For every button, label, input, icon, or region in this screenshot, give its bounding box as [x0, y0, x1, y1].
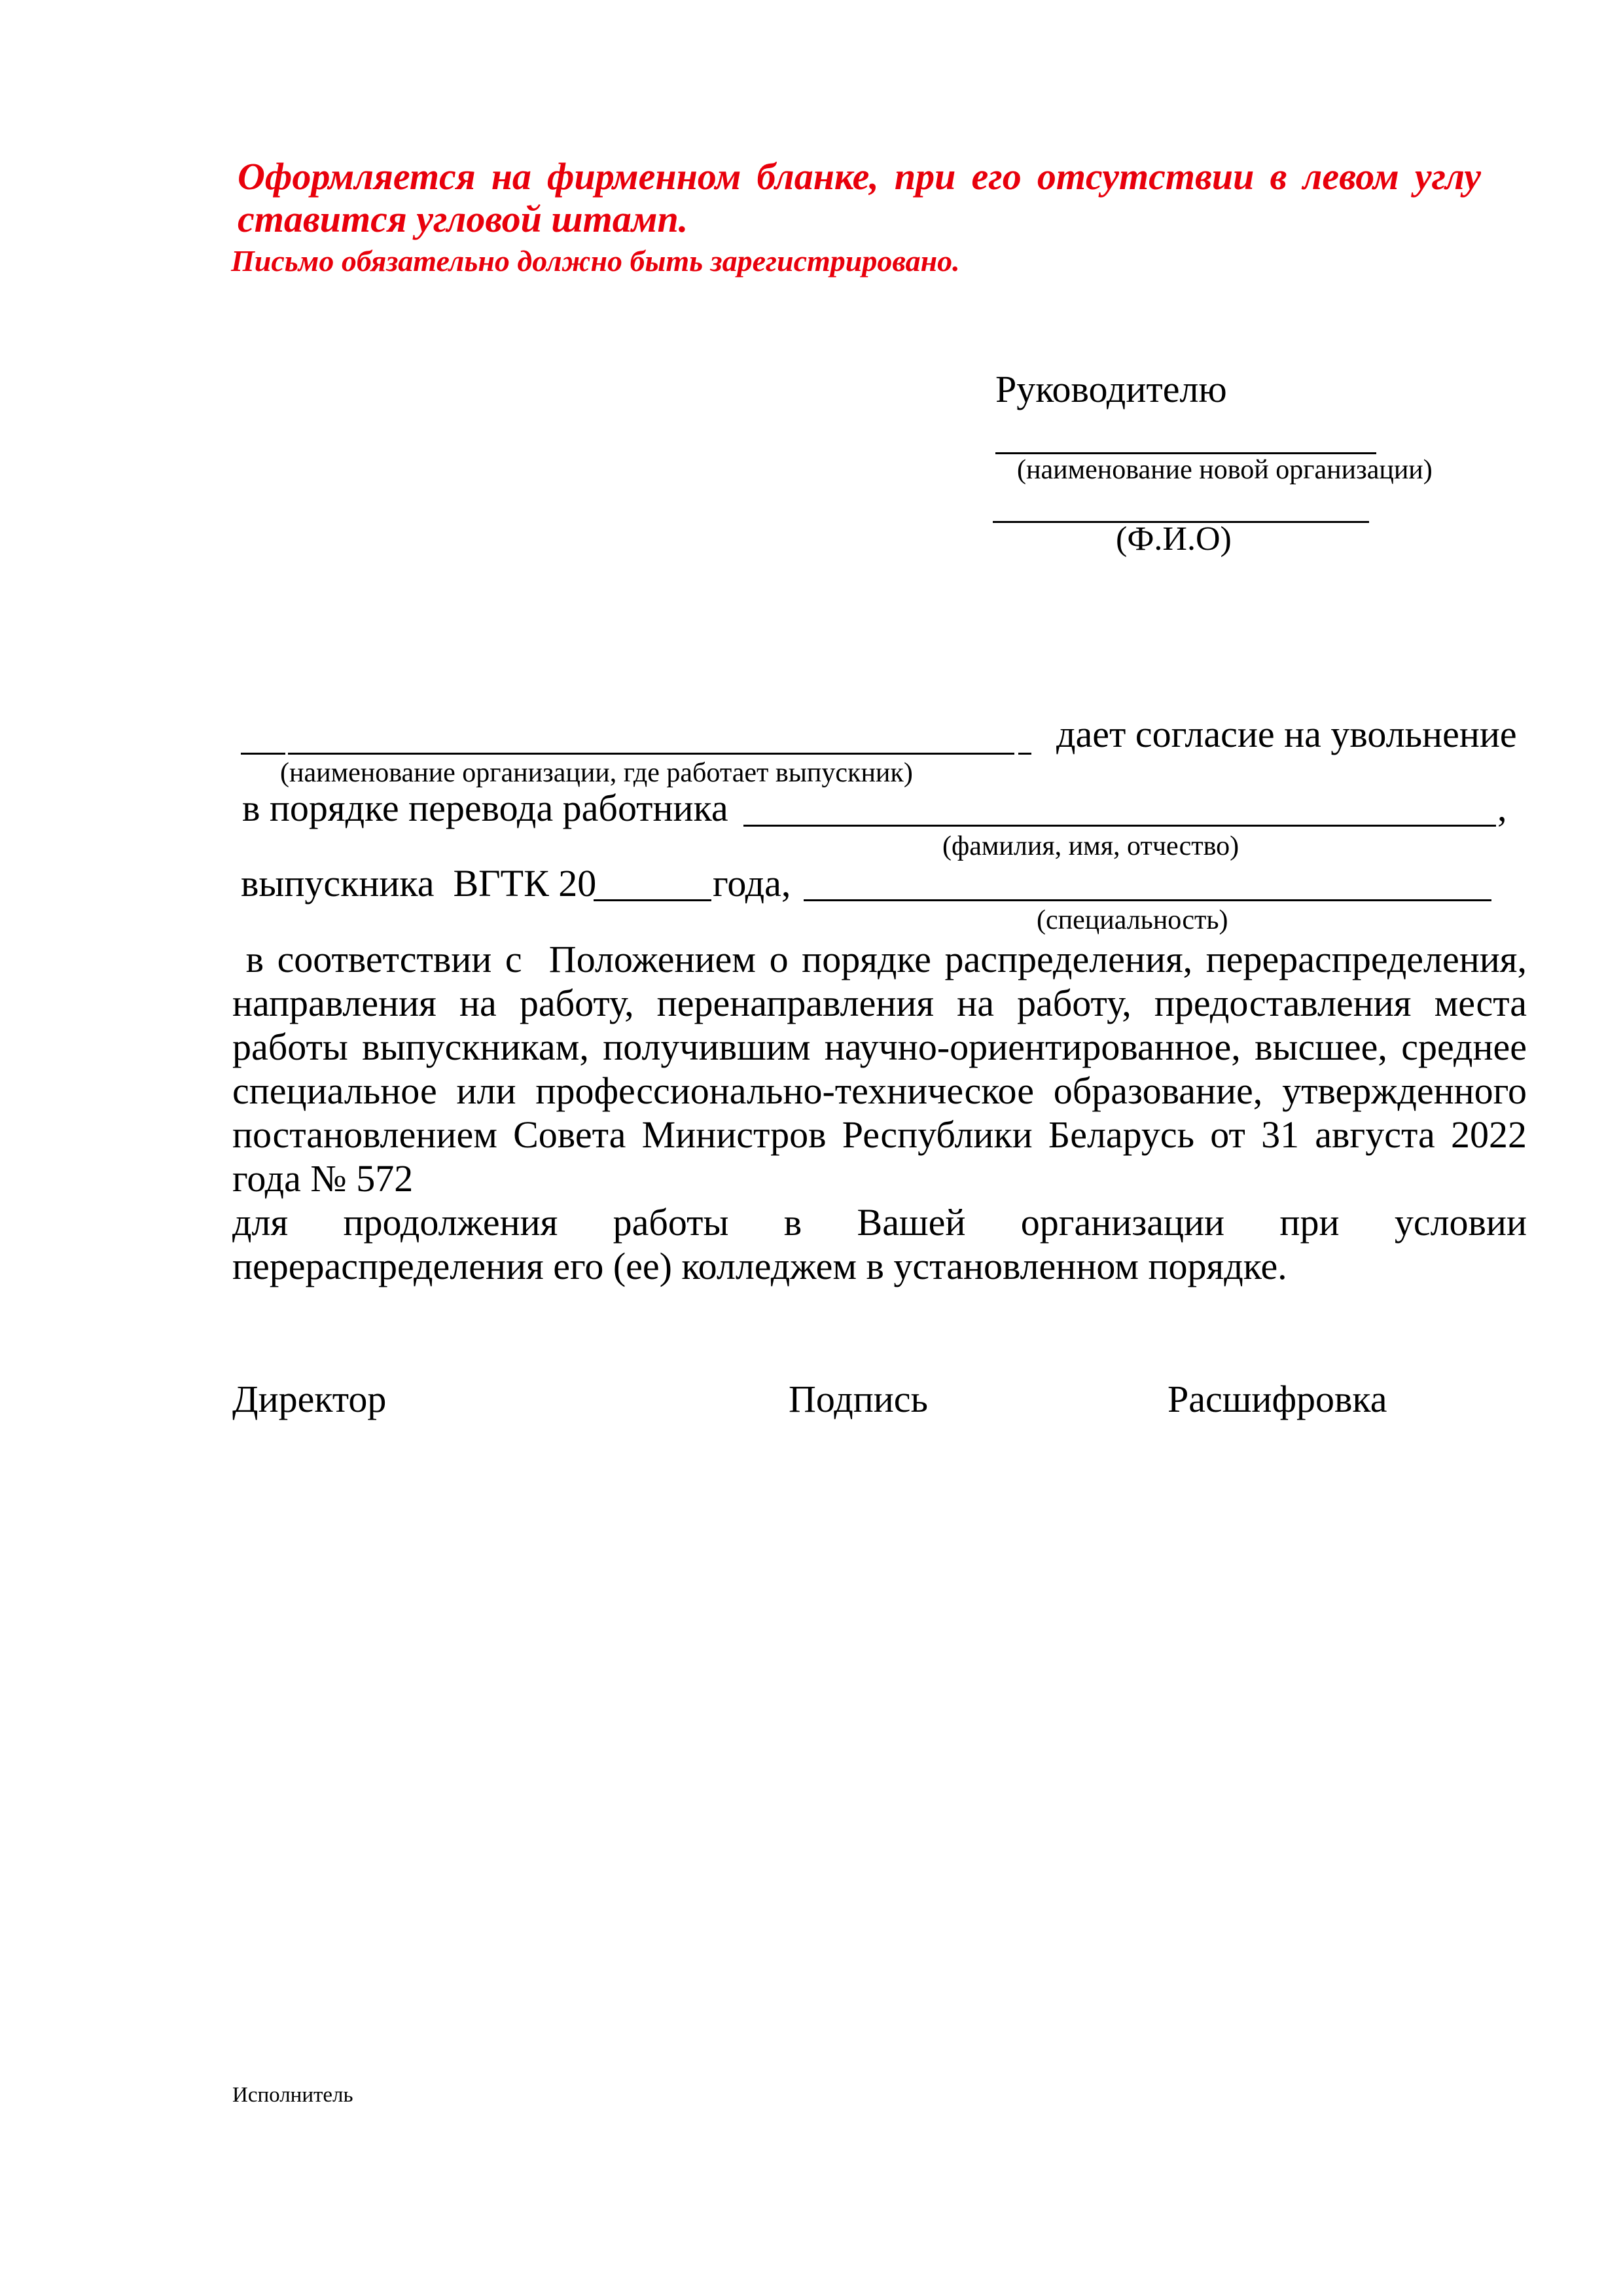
new-organization-caption: (наименование новой организации): [1017, 456, 1433, 484]
current-organization-field[interactable]: [288, 753, 1014, 755]
paragraph-line: для продолжения работы в Вашей организац…: [232, 1200, 1527, 1244]
signature-position: Директор: [232, 1380, 386, 1418]
specialty-caption: (специальность): [1037, 906, 1228, 934]
paragraph-line: направления на работу, перенаправления н…: [232, 981, 1527, 1025]
graduate-label: выпускника ВГТК 20: [241, 865, 596, 903]
specialty-field[interactable]: [804, 899, 1491, 901]
transfer-label: в порядке перевода работника: [242, 789, 728, 827]
current-organization-trailing-dash: [1018, 753, 1031, 755]
signature-decoding: Расшифровка: [1168, 1380, 1387, 1418]
employee-name-field[interactable]: [743, 825, 1496, 827]
consent-text: дает согласие на увольнение: [1056, 715, 1517, 753]
paragraph-line: в соответствии с Положением о порядке ра…: [232, 937, 1527, 981]
current-organization-caption: (наименование организации, где работает …: [280, 759, 913, 787]
signature-sign: Подпись: [789, 1380, 928, 1418]
regulation-paragraph: в соответствии с Положением о порядке ра…: [232, 937, 1527, 1288]
paragraph-line: перераспределения его (ее) колледжем в у…: [232, 1244, 1527, 1288]
instruction-line-1: Оформляется на фирменном бланке, при его…: [238, 155, 1481, 198]
paragraph-line: постановлением Совета Министров Республи…: [232, 1113, 1527, 1157]
new-organization-field[interactable]: [995, 452, 1376, 454]
addressee-title: Руководителю: [995, 370, 1227, 408]
executor-label: Исполнитель: [232, 2085, 353, 2106]
instruction-header: Оформляется на фирменном бланке, при его…: [238, 155, 1481, 240]
addressee-name-caption: (Ф.И.О): [1116, 522, 1232, 556]
paragraph-line: специальное или профессионально-техничес…: [232, 1069, 1527, 1113]
year-suffix: года,: [713, 865, 791, 903]
current-organization-prefix-dash: [241, 753, 285, 755]
paragraph-line: года № 572: [232, 1157, 1527, 1200]
paragraph-line: работы выпускникам, получившим научно-ор…: [232, 1025, 1527, 1069]
instruction-line-2: ставится угловой штамп.: [238, 198, 1481, 240]
transfer-comma: ,: [1497, 789, 1507, 827]
registration-note: Письмо обязательно должно быть зарегистр…: [231, 246, 960, 276]
graduation-year-field[interactable]: [594, 899, 711, 901]
employee-name-caption: (фамилия, имя, отчество): [942, 833, 1239, 860]
